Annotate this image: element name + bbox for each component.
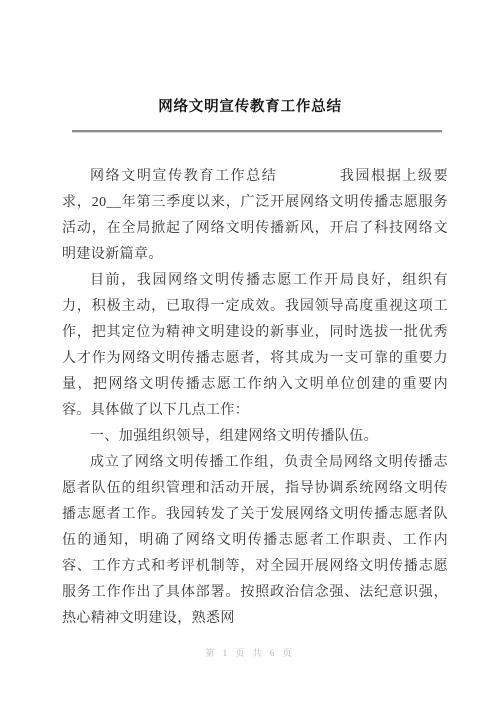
paragraph-section-body: 成立了网络文明传播工作组，负责全局网络文明传播志愿者队伍的组织管理和活动开展，指… bbox=[62, 450, 448, 632]
document-title: 网络文明宣传教育工作总结 bbox=[0, 0, 500, 117]
paragraph-intro: 网络文明宣传教育工作总结 我园根据上级要求，20__年第三季度以来，广泛开展网络… bbox=[62, 164, 448, 268]
page-number-footer: 第 1 页 共 6 页 bbox=[0, 646, 500, 659]
title-divider bbox=[72, 130, 442, 133]
document-page: 网络文明宣传教育工作总结 网络文明宣传教育工作总结 我园根据上级要求，20__年… bbox=[0, 0, 500, 707]
paragraph-section-heading: 一、加强组织领导，组建网络文明传播队伍。 bbox=[62, 424, 448, 450]
paragraph-overview: 目前，我园网络文明传播志愿工作开局良好，组织有力，积极主动，已取得一定成效。我园… bbox=[62, 268, 448, 424]
document-body: 网络文明宣传教育工作总结 我园根据上级要求，20__年第三季度以来，广泛开展网络… bbox=[62, 164, 448, 632]
